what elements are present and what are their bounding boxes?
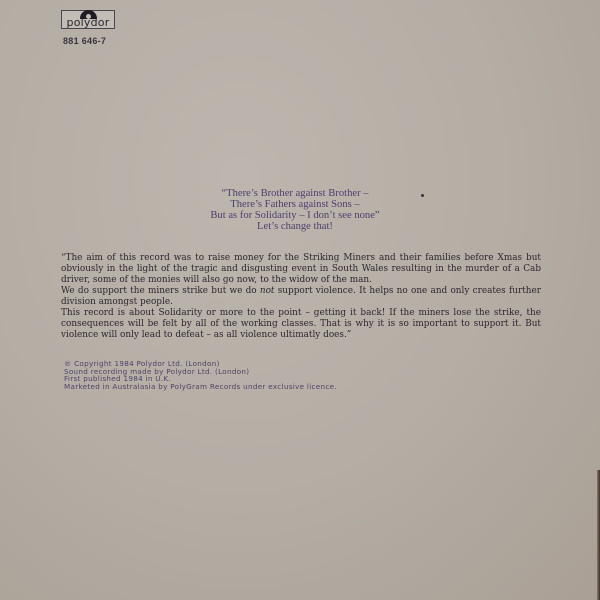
statement-text-part: We do support the miners strike but we d…: [61, 286, 260, 296]
statement-emphasis: not: [260, 286, 275, 296]
print-speck: [421, 194, 424, 197]
record-sleeve-back: polydor 881 646-7 “There’s Brother again…: [0, 0, 600, 600]
brand-name: polydor: [62, 17, 114, 28]
copyright-notice: ℗ Copyright 1984 Polydor Ltd. (London) S…: [64, 360, 394, 390]
statement-text: “The aim of this record was to raise mon…: [61, 253, 541, 341]
quote-line: Let’s change that!: [130, 221, 460, 232]
solidarity-quote: “There’s Brother against Brother – There…: [130, 188, 460, 232]
statement-paragraph: We do support the miners strike but we d…: [61, 286, 541, 308]
quote-line: But as for Solidarity – I don’t see none…: [130, 210, 460, 221]
statement-paragraph: “The aim of this record was to raise mon…: [61, 253, 541, 286]
legal-line: Marketed in Australasia by PolyGram Reco…: [64, 383, 394, 391]
quote-line: There’s Fathers against Sons –: [130, 199, 460, 210]
catalog-number: 881 646-7: [63, 36, 106, 46]
quote-line: “There’s Brother against Brother –: [130, 188, 460, 199]
polydor-logo: polydor: [61, 10, 115, 29]
statement-paragraph: This record is about Solidarity or more …: [61, 308, 541, 341]
